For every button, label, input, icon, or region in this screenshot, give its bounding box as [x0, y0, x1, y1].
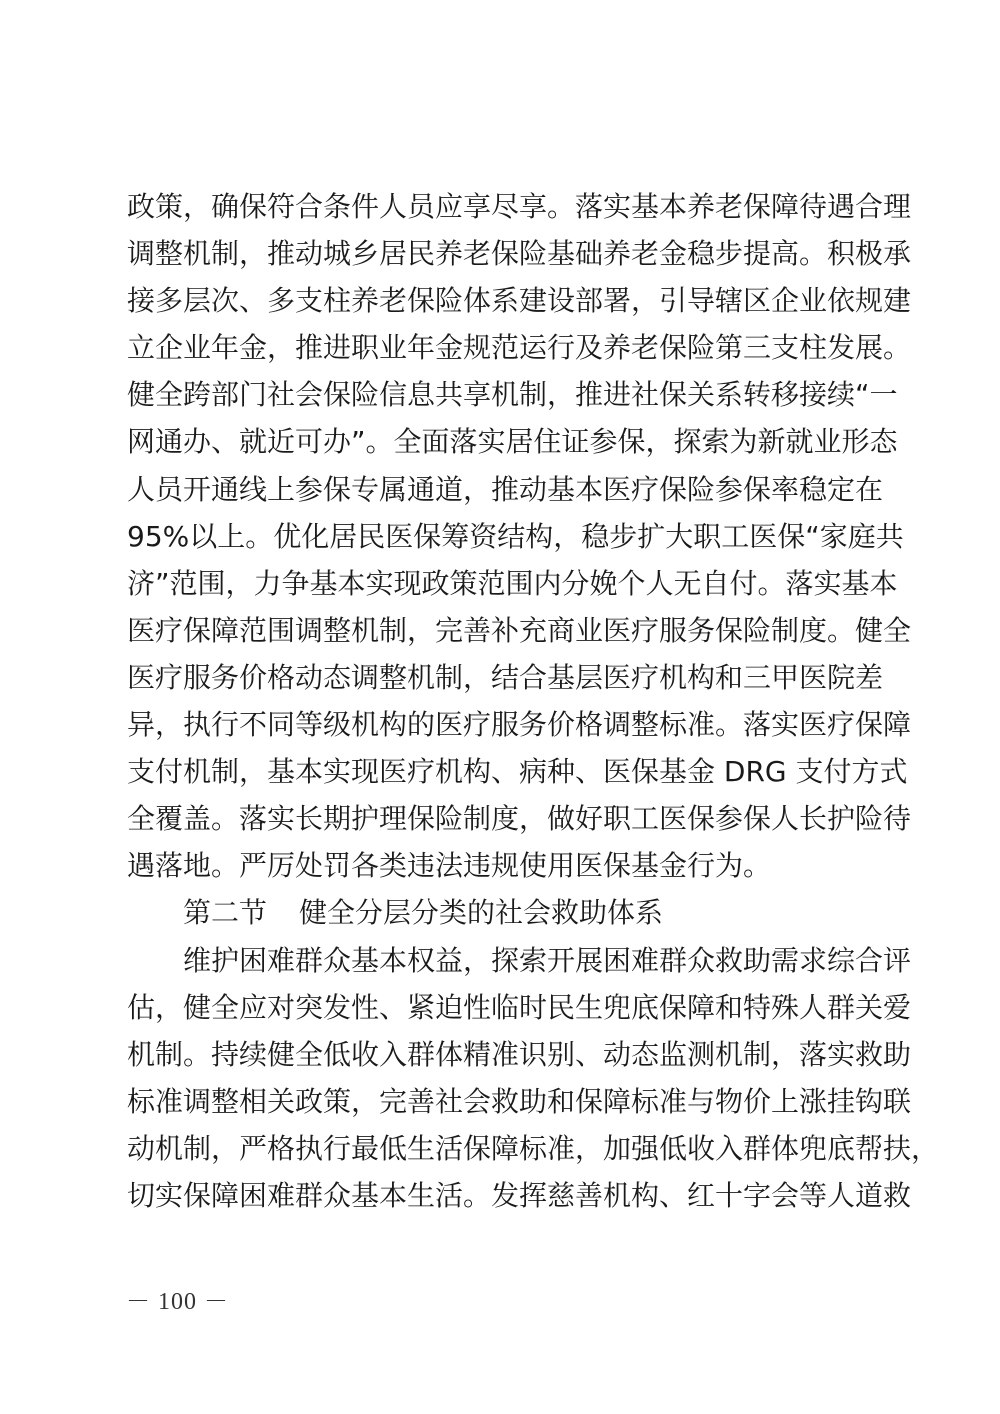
page-number: － 100 － — [126, 1281, 229, 1316]
text-line: 支付机制，基本实现医疗机构、病种、医保基金 DRG 支付方式 — [127, 748, 873, 795]
text-line: 接多层次、多支柱养老保险体系建设部署，引导辖区企业依规建 — [127, 277, 873, 324]
text-line: 遇落地。严厉处罚各类违法违规使用医保基金行为。 — [127, 842, 873, 889]
text-line: 立企业年金，推进职业年金规范运行及养老保险第三支柱发展。 — [127, 324, 873, 371]
text-line: 机制。持续健全低收入群体精准识别、动态监测机制，落实救助 — [127, 1031, 873, 1078]
text-line: 网通办、就近可办”。全面落实居住证参保，探索为新就业形态 — [127, 418, 873, 465]
paragraph-social-assistance: 维护困难群众基本权益，探索开展困难群众救助需求综合评 估，健全应对突发性、紧迫性… — [127, 937, 873, 1220]
text-line: 医疗保障范围调整机制，完善补充商业医疗服务保险制度。健全 — [127, 607, 873, 654]
text-line: 政策，确保符合条件人员应享尽享。落实基本养老保障待遇合理 — [127, 183, 873, 230]
text-line: 医疗服务价格动态调整机制，结合基层医疗机构和三甲医院差 — [127, 654, 873, 701]
text-line: 调整机制，推动城乡居民养老保险基础养老金稳步提高。积极承 — [127, 230, 873, 277]
text-line: 95%以上。优化居民医保筹资结构，稳步扩大职工医保“家庭共 — [127, 513, 873, 560]
text-line: 全覆盖。落实长期护理保险制度，做好职工医保参保人长护险待 — [127, 795, 873, 842]
text-line: 动机制，严格执行最低生活保障标准，加强低收入群体兜底帮扶， — [127, 1125, 873, 1172]
text-line: 健全跨部门社会保险信息共享机制，推进社保关系转移接续“一 — [127, 371, 873, 418]
paragraph-pension-medical: 政策，确保符合条件人员应享尽享。落实基本养老保障待遇合理 调整机制，推动城乡居民… — [127, 183, 873, 889]
section-title: 健全分层分类的社会救助体系 — [299, 896, 663, 929]
text-line: 人员开通线上参保专属通道，推动基本医疗保险参保率稳定在 — [127, 466, 873, 513]
text-line: 异，执行不同等级机构的医疗服务价格调整标准。落实医疗保障 — [127, 701, 873, 748]
text-line: 标准调整相关政策，完善社会救助和保障标准与物价上涨挂钩联 — [127, 1078, 873, 1125]
text-line: 维护困难群众基本权益，探索开展困难群众救助需求综合评 — [127, 937, 873, 984]
section-number: 第二节 — [183, 896, 267, 929]
section-heading: 第二节健全分层分类的社会救助体系 — [127, 889, 873, 936]
text-line: 切实保障困难群众基本生活。发挥慈善机构、红十字会等人道救 — [127, 1172, 873, 1219]
text-line: 估，健全应对突发性、紧迫性临时民生兜底保障和特殊人群关爱 — [127, 984, 873, 1031]
text-line: 济”范围，力争基本实现政策范围内分娩个人无自付。落实基本 — [127, 560, 873, 607]
document-body: 政策，确保符合条件人员应享尽享。落实基本养老保障待遇合理 调整机制，推动城乡居民… — [127, 183, 873, 1219]
